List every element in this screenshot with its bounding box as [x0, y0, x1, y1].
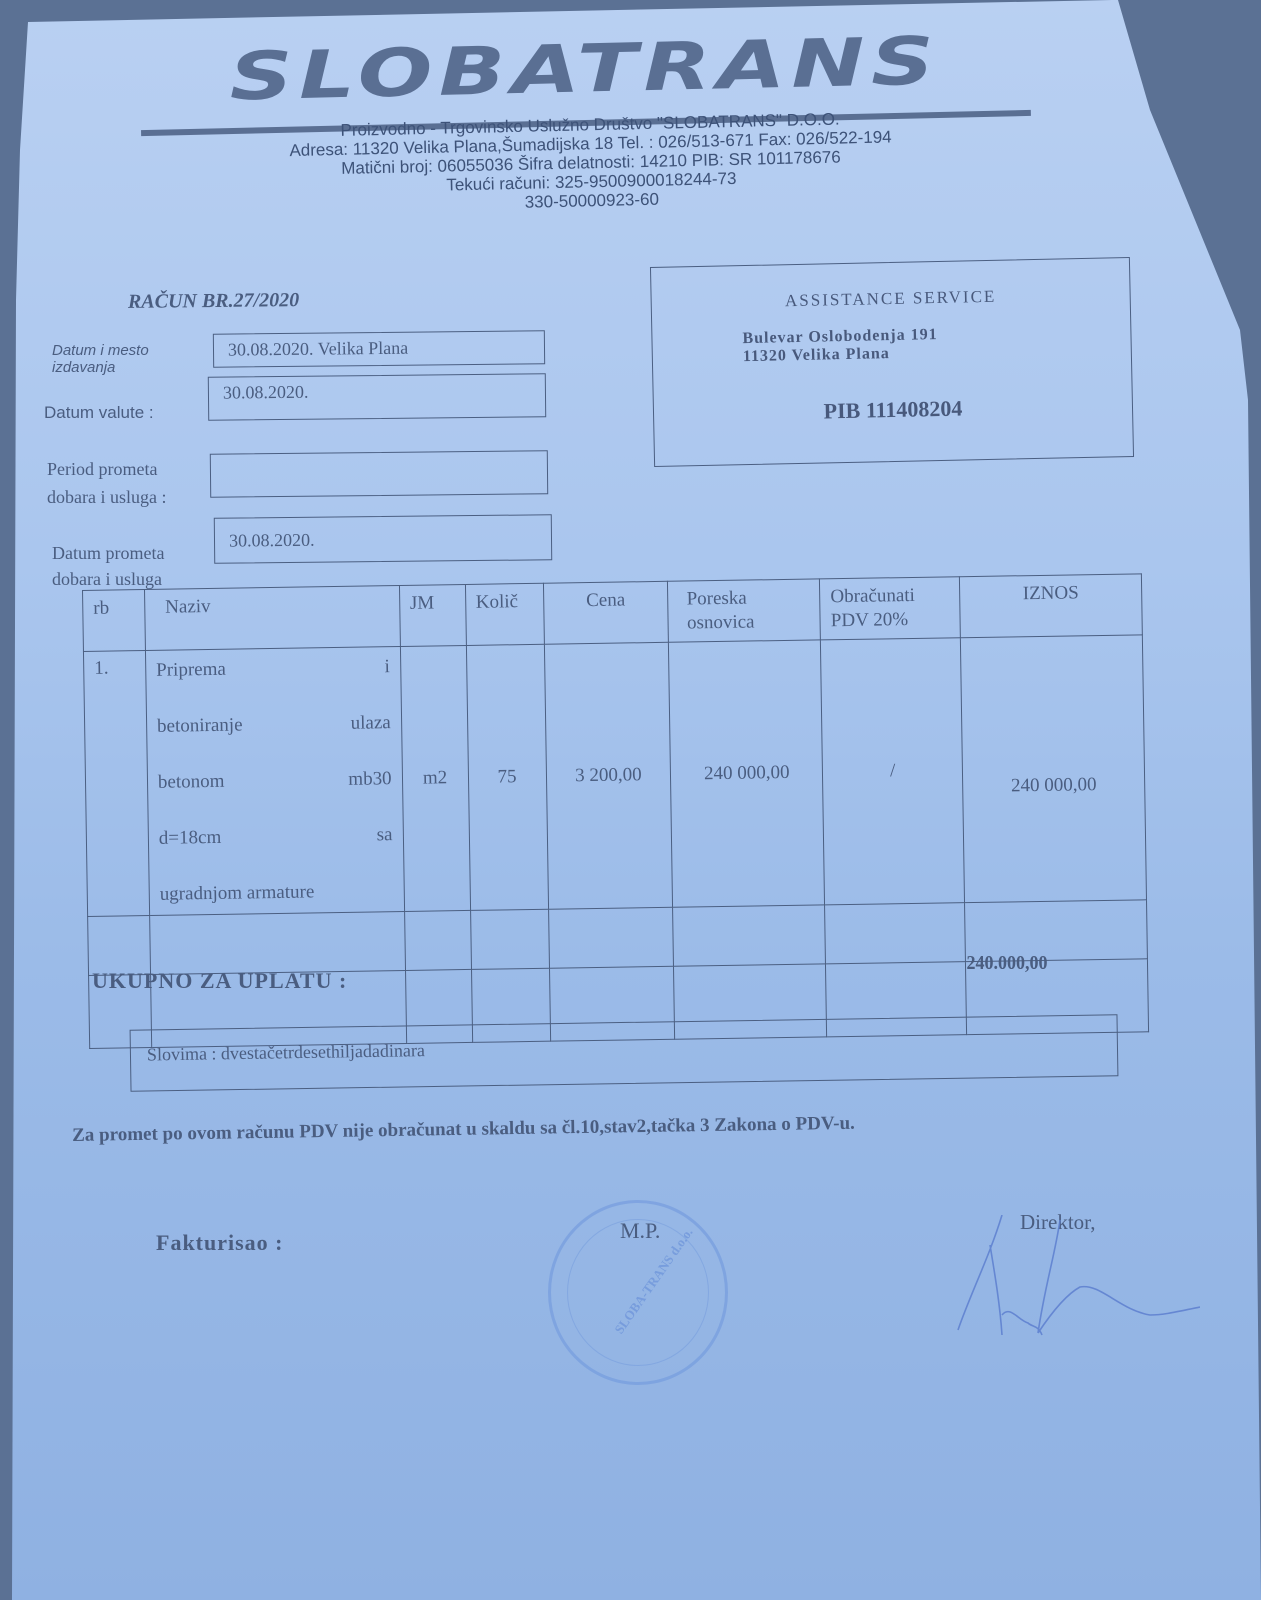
cell-jm: m2	[400, 645, 470, 911]
naziv-line: ugradnjom armature	[160, 877, 394, 909]
naziv-line: d=18cm sa	[159, 821, 394, 881]
invoice-title: RAČUN BR.27/2020	[128, 289, 299, 314]
header-pdv: Obračunati PDV 20%	[820, 577, 961, 640]
header-cena: Cena	[543, 581, 669, 644]
header-rb: rb	[83, 590, 146, 652]
mp-label: M.P.	[620, 1218, 660, 1244]
buyer-pib: PIB 111408204	[654, 392, 1132, 428]
buyer-box: ASSISTANCE SERVICE Bulevar Oslobodenja 1…	[650, 257, 1134, 467]
naziv-line: betonom mb30	[158, 765, 393, 825]
buyer-address: Bulevar Oslobodenja 191 11320 Velika Pla…	[652, 322, 1131, 368]
company-info: Proizvodno - Trgovinsko Uslužno Društvo …	[160, 105, 1022, 219]
header-jm: JM	[399, 584, 466, 646]
header-poreska-osnovica: Poreska osnovica	[668, 579, 821, 642]
empty-cell	[150, 911, 406, 974]
cell-cena: 3 200,00	[544, 642, 673, 909]
due-label: Datum valute :	[44, 402, 154, 424]
fakturisao-label: Fakturisao :	[156, 1230, 284, 1256]
naziv-line: Priprema i	[156, 653, 391, 713]
table-row: 1.Priprema ibetoniranje ulazabetonom mb3…	[83, 635, 1146, 917]
trade-date-field: 30.08.2020.	[214, 514, 552, 564]
cell-kolicina: 75	[466, 644, 548, 910]
period-label: Period prometa dobara i usluga :	[47, 455, 207, 511]
total-label: UKUPNO ZA UPLATU :	[92, 968, 347, 994]
total-value: 240.000,00	[967, 952, 1048, 975]
empty-cell	[404, 910, 471, 970]
trade-date-label: Datum prometa dobara i usluga	[52, 540, 202, 592]
signature-icon	[940, 1215, 1200, 1345]
empty-cell	[88, 915, 151, 975]
empty-cell	[548, 907, 674, 968]
period-field	[210, 450, 548, 498]
header-iznos: IZNOS	[960, 574, 1143, 638]
cell-naziv: Priprema ibetoniranje ulazabetonom mb30d…	[145, 647, 404, 916]
empty-cell	[673, 905, 826, 966]
buyer-name: ASSISTANCE SERVICE	[652, 284, 1130, 314]
cell-pdv: /	[821, 638, 965, 905]
naziv-line: betoniranje ulaza	[157, 709, 392, 769]
header-kolicina: Količ	[465, 583, 544, 645]
cell-poreska-osnovica: 240 000,00	[669, 640, 825, 907]
issue-field: 30.08.2020. Velika Plana	[213, 330, 545, 367]
issue-label: Datum i mesto izdavanja	[52, 342, 192, 376]
empty-cell	[825, 903, 966, 964]
cell-rb: 1.	[83, 651, 149, 917]
empty-cell	[470, 909, 549, 969]
due-field: 30.08.2020.	[208, 373, 546, 421]
cell-iznos: 240 000,00	[961, 635, 1147, 903]
header-naziv: Naziv	[144, 586, 400, 651]
